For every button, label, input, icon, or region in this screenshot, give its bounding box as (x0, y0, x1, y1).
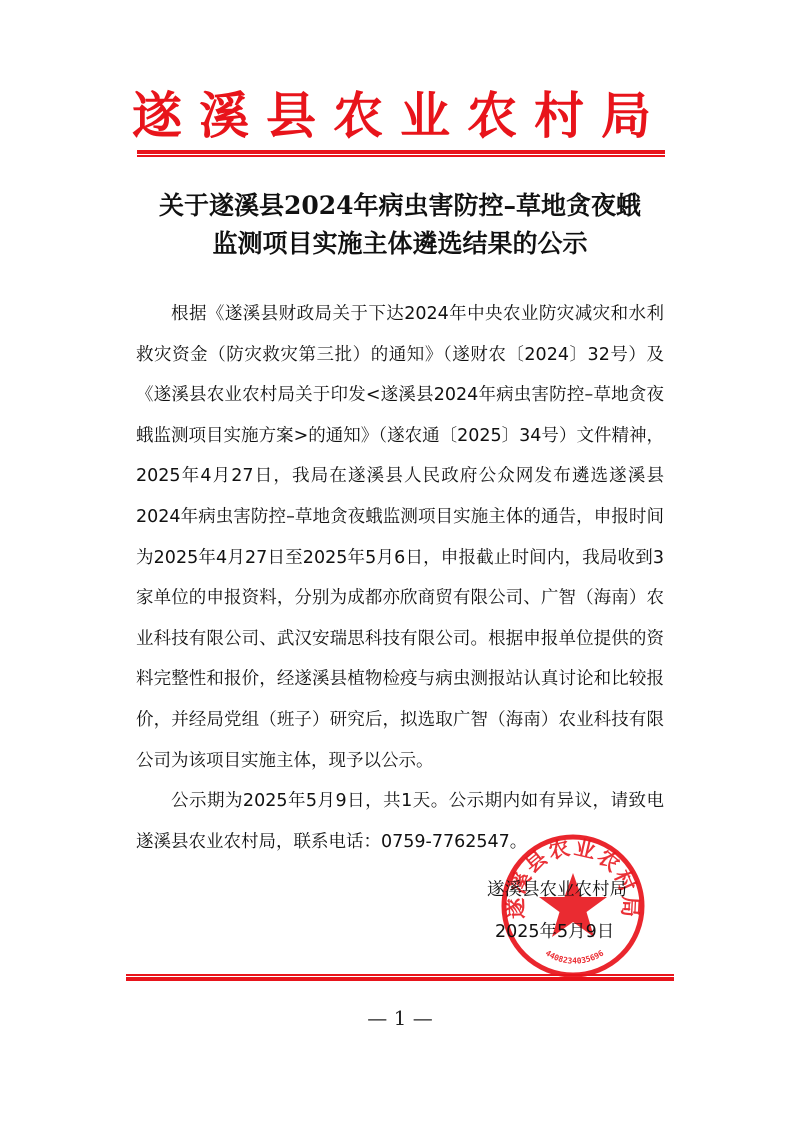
rule-thick-line (137, 150, 665, 154)
rule-thin-line (137, 155, 665, 157)
title-line-2: 监测项目实施主体遴选结果的公示 (0, 225, 800, 263)
title-line-1: 关于遂溪县2024年病虫害防控–草地贪夜蛾 (0, 187, 800, 225)
signature-org: 遂溪县农业农村局 (487, 876, 627, 901)
seal-icon: 遂溪县农业农村局 4408234035696 (498, 831, 648, 981)
document-title: 关于遂溪县2024年病虫害防控–草地贪夜蛾 监测项目实施主体遴选结果的公示 (0, 187, 800, 263)
official-seal: 遂溪县农业农村局 4408234035696 (498, 831, 648, 981)
body-paragraph-1: 根据《遂溪县财政局关于下达2024年中央农业防灾减灾和水利救灾资金（防灾救灾第三… (136, 294, 664, 781)
letterhead-rule (137, 150, 665, 157)
letterhead-org-name: 遂溪县农业农村局 (0, 86, 800, 146)
svg-text:4408234035696: 4408234035696 (544, 948, 606, 965)
page-number: — 1 — (0, 1006, 800, 1030)
document-body: 根据《遂溪县财政局关于下达2024年中央农业防灾减灾和水利救灾资金（防灾救灾第三… (136, 294, 664, 862)
signature-date: 2025年5月9日 (495, 918, 614, 943)
